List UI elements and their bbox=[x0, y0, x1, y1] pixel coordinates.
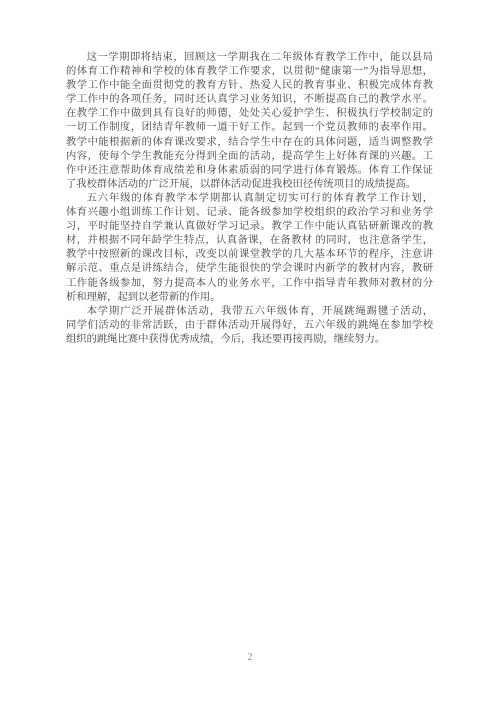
text-line: 教学中按照新的课改目标，改变以前课堂教学的几大基本环节的程序，注意讲 bbox=[66, 248, 433, 262]
text-line: 的体育工作精神和学校的体育教学工作要求，以贯彻“健康第一”为指导思想， bbox=[66, 65, 433, 79]
text-line: 解示范、重点是讲练结合，使学生能很快的学会课时内新学的教材内容，教研 bbox=[66, 262, 433, 276]
text-line: 学工作中的各项任务，同时还认真学习业务知识，不断提高自己的教学水平。 bbox=[66, 93, 433, 107]
text-line: 这一学期即将结束，回顾这一学期我在二年级体育教学工作中，能以县局 bbox=[66, 51, 433, 65]
text-line: 习，平时能坚持自学兼认真做好学习记录。教学工作中能认真钻研新课改的教 bbox=[66, 220, 433, 234]
text-line: 材，并根据不同年龄学生特点，认真备课，在备教材 的同时，也注意备学生， bbox=[66, 234, 433, 248]
paragraph-3: 本学期广泛开展群体活动，我带五六年级体育，开展跳绳踢毽子活动， 同学们活动的非常… bbox=[66, 305, 433, 347]
text-line: 了我校群体活动的广泛开展，以群体活动促进我校田径传统项目的成绩提高。 bbox=[66, 178, 433, 192]
text-line: 工作能各级参加，努力提高本人的业务水平，工作中指导青年教师对教材的分 bbox=[66, 277, 433, 291]
text-line: 教学中能根据新的体育课改要求，结合学生中存在的具体问题，适当调整教学 bbox=[66, 136, 433, 150]
text-line: 五六年级的体育教学本学期都认真制定切实可行的体育教学工作计划， bbox=[66, 192, 433, 206]
text-line: 教学工作中能全面贯彻党的教育方针、热爱人民的教育事业、积极完成体育教 bbox=[66, 79, 433, 93]
text-line: 析和理解，起到以老带新的作用。 bbox=[66, 291, 433, 305]
text-line: 作中还注意帮助体育成绩差和身体素质弱的同学进行体育锻炼。体育工作保证 bbox=[66, 164, 433, 178]
page-number: 2 bbox=[0, 652, 500, 663]
text-line: 组织的跳绳比赛中获得优秀成绩，今后，我还要再接再励，继续努力。 bbox=[66, 333, 433, 347]
text-line: 同学们活动的非常活跃，由于群体活动开展得好，五六年级的跳绳在参加学校 bbox=[66, 319, 433, 333]
text-line: 体育兴趣小组训练工作计划、记录、能各级参加学校组织的政治学习和业务学 bbox=[66, 206, 433, 220]
paragraph-1: 这一学期即将结束，回顾这一学期我在二年级体育教学工作中，能以县局 的体育工作精神… bbox=[66, 51, 433, 192]
text-line: 本学期广泛开展群体活动，我带五六年级体育，开展跳绳踢毽子活动， bbox=[66, 305, 433, 319]
text-line: 在教学工作中做到具有良好的师德，处处关心爱护学生、积极执行学校制定的 bbox=[66, 107, 433, 121]
paragraph-2: 五六年级的体育教学本学期都认真制定切实可行的体育教学工作计划， 体育兴趣小组训练… bbox=[66, 192, 433, 305]
document-body: 这一学期即将结束，回顾这一学期我在二年级体育教学工作中，能以县局 的体育工作精神… bbox=[66, 51, 433, 347]
text-line: 内容，使每个学生教能充分得到全面的活动，提高学生上好体育课的兴趣。工 bbox=[66, 150, 433, 164]
text-line: 一切工作制度，团结青年教师一道干好工作。起到一个党员教师的表率作用。 bbox=[66, 121, 433, 135]
document-page: 这一学期即将结束，回顾这一学期我在二年级体育教学工作中，能以县局 的体育工作精神… bbox=[0, 0, 500, 708]
